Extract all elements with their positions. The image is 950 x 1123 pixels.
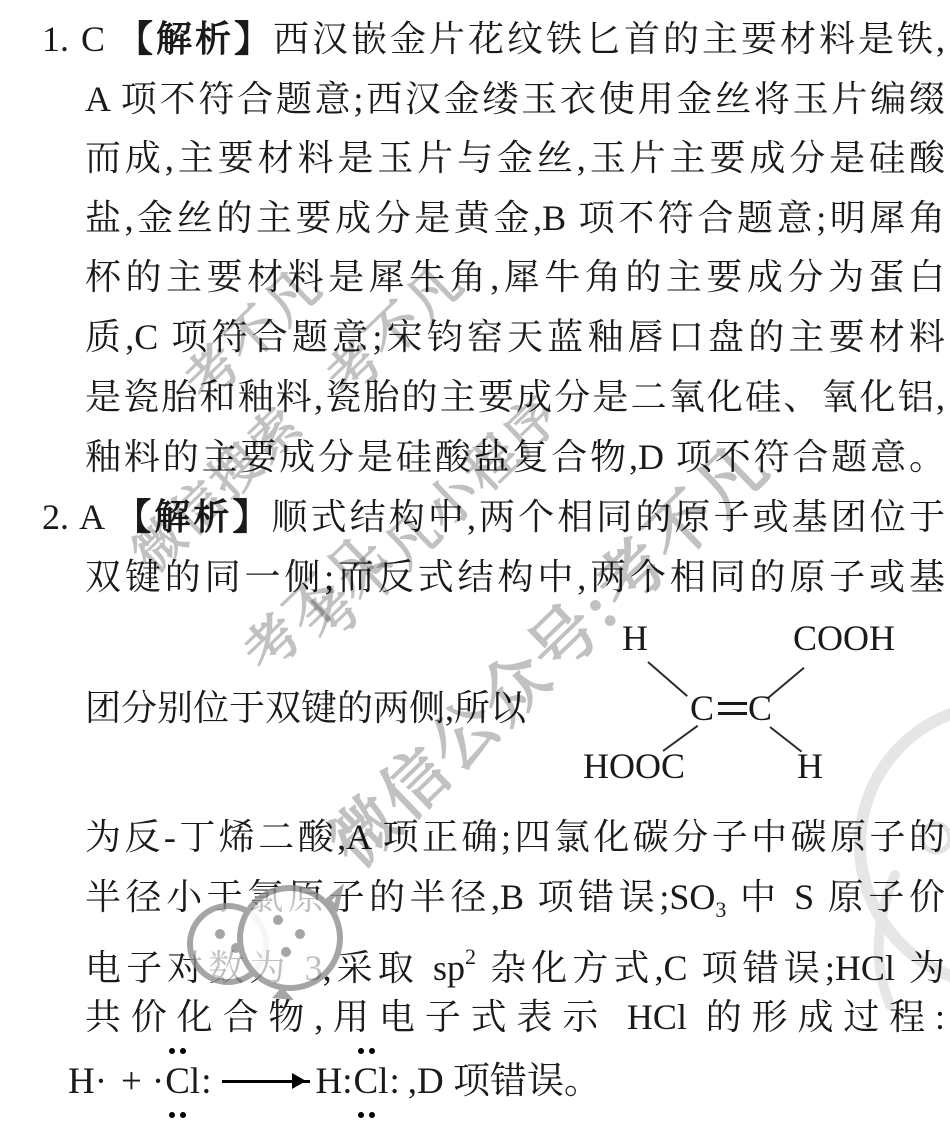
text-line: 杯的主要材料是犀牛角,犀牛角的主要成分为蛋白 xyxy=(85,252,945,304)
lone-electron-dot: · xyxy=(152,1056,164,1108)
carbon-right: C xyxy=(748,688,772,728)
bonding-pair-colon: : xyxy=(342,1056,352,1108)
text-line: 是瓷胎和釉料,瓷胎的主要成分是二氧化硅、氧化铝, xyxy=(85,372,945,424)
lone-pair-colon: : xyxy=(389,1056,399,1108)
mascot-face-doodle xyxy=(182,884,346,1000)
hydrogen-radical: H· xyxy=(68,1056,107,1108)
text-line: 团分别位于双键的两侧,所以 xyxy=(85,683,526,735)
substituent-hooc-bottom-left: HOOC xyxy=(583,746,685,786)
text-line: 1. C 【解析】西汉嵌金片花纹铁匕首的主要材料是铁, xyxy=(42,14,945,66)
plus-sign: + xyxy=(121,1056,142,1108)
text-line: 双键的同一侧;而反式结构中,两个相同的原子或基 xyxy=(85,552,945,604)
double-bond-line xyxy=(718,702,747,705)
text-line: 为反-丁烯二酸,A 项正确;四氯化碳分子中碳原子的 xyxy=(85,812,945,864)
text-line: 2. A 【解析】顺式结构中,两个相同的原子或基团位于 xyxy=(42,492,945,544)
electron-dot-equation: H·+·Cl:H:Cl:,D 项错误。 xyxy=(68,1056,601,1108)
text-line: 釉料的主要成分是硅酸盐复合物,D 项不符合题意。 xyxy=(85,432,945,484)
double-bond-line xyxy=(718,712,747,715)
chlorine-lewis-right: Cl xyxy=(353,1056,390,1108)
chlorine-lewis-left: Cl xyxy=(164,1056,201,1108)
carbon-left: C xyxy=(690,688,714,728)
text-line: 盐,金丝的主要成分是黄金,B 项不符合题意;明犀角 xyxy=(85,193,945,245)
single-bond xyxy=(647,661,688,697)
hydrogen-product: H xyxy=(316,1056,343,1108)
text-line: 而成,主要材料是玉片与金丝,玉片主要成分是硅酸 xyxy=(85,133,945,185)
text-line: A 项不符合题意;西汉金缕玉衣使用金丝将玉片编缀 xyxy=(85,74,945,126)
single-bond xyxy=(767,667,804,699)
lone-pair-colon: : xyxy=(201,1056,211,1108)
substituent-cooh-top-right: COOH xyxy=(793,618,895,658)
substituent-h-top-left: H xyxy=(622,618,648,658)
scanned-answer-page: 1. C 【解析】西汉嵌金片花纹铁匕首的主要材料是铁,A 项不符合题意;西汉金缕… xyxy=(0,0,950,1123)
reaction-arrow xyxy=(222,1080,310,1083)
single-bond xyxy=(769,726,802,752)
equation-tail-text: ,D 项错误。 xyxy=(408,1056,601,1108)
text-line: 质,C 项符合题意;宋钧窑天蓝釉唇口盘的主要材料 xyxy=(85,312,945,364)
